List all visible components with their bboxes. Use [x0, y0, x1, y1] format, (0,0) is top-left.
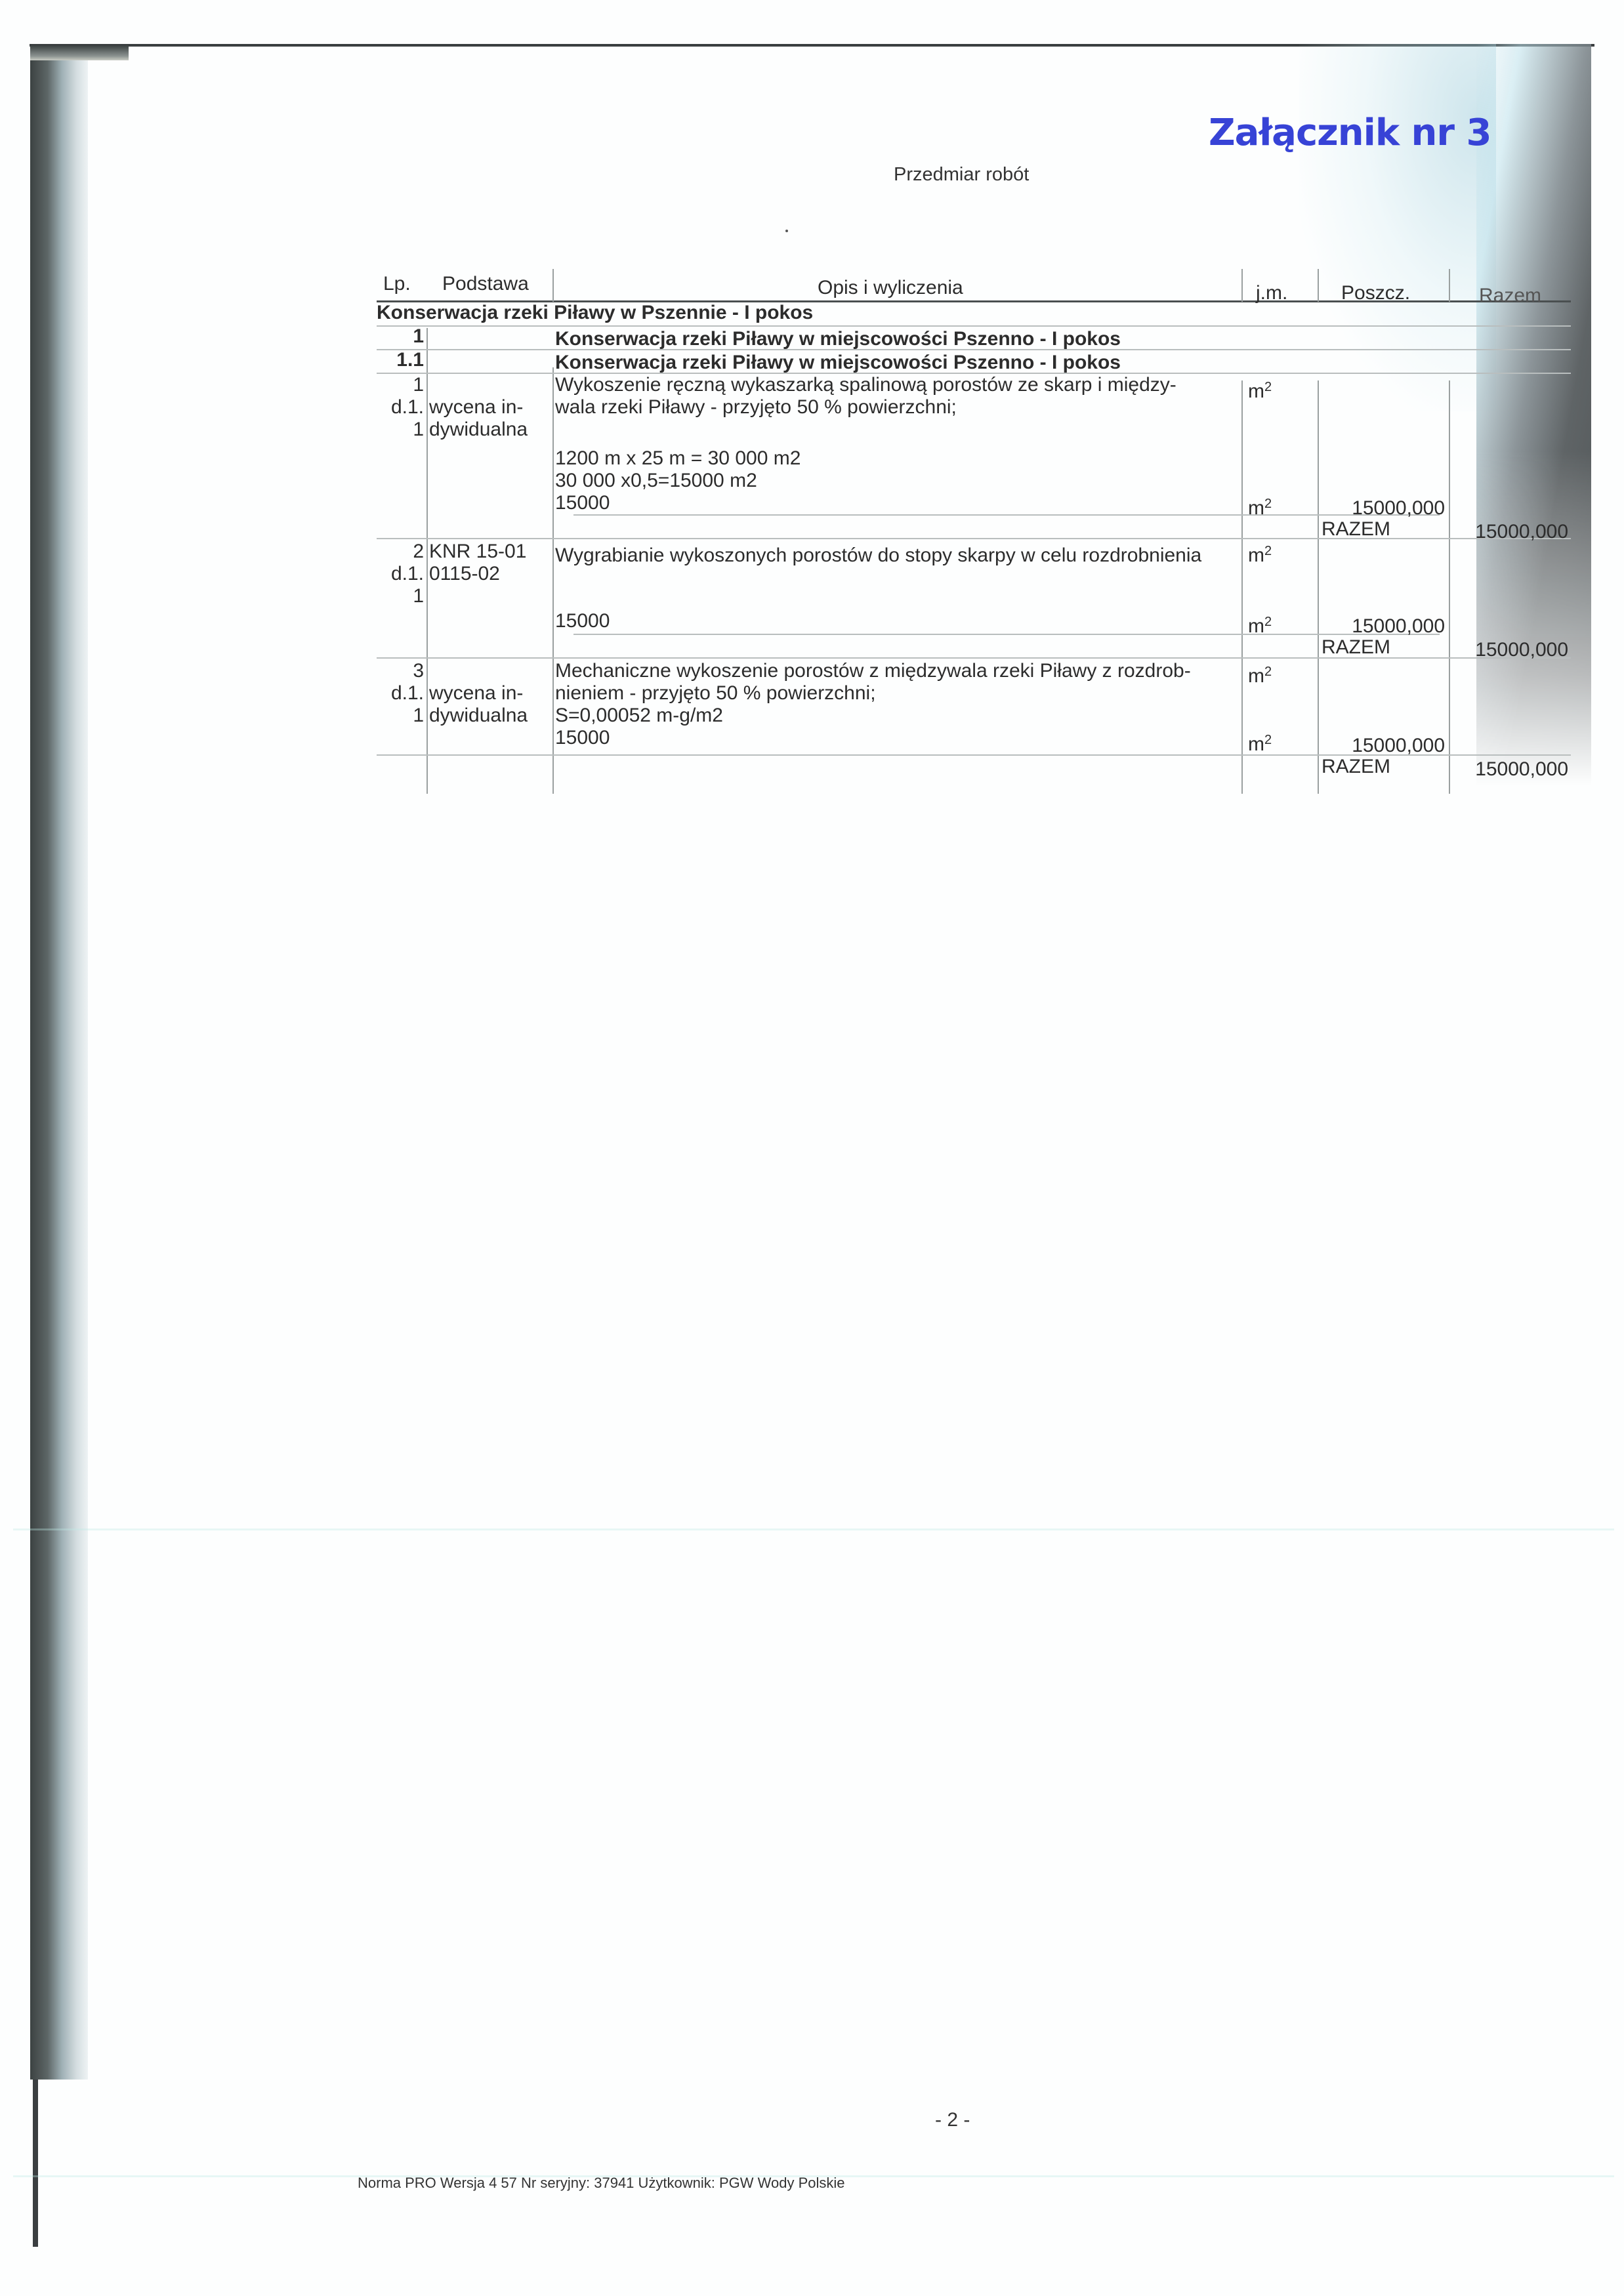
scan-artifact-line [13, 1528, 1614, 1530]
item-basis-line: dywidualna [429, 419, 528, 441]
row-rule [573, 634, 1440, 635]
item-calc-line: 15000 [555, 610, 610, 632]
col-divider [1241, 269, 1243, 302]
scan-left-shadow [30, 46, 88, 2080]
item-calc-line: 15000 [555, 492, 610, 514]
subchapter-number: 1.1 [377, 349, 424, 371]
item-unit: m2 [1248, 665, 1272, 687]
item-lp-line: d.1. [377, 396, 424, 419]
col-divider [1318, 380, 1319, 794]
attachment-label: Załącznik nr 3 [1209, 112, 1491, 154]
item-lp-line: d.1. [377, 682, 424, 705]
item-partial: 15000,000 [1319, 615, 1445, 638]
item-basis-line: wycena in- [429, 396, 523, 419]
page-number: - 2 - [935, 2109, 970, 2131]
item-basis-line: 0115-02 [429, 563, 500, 585]
item-lp-line: 2 [377, 541, 424, 563]
item-partial: 15000,000 [1319, 497, 1445, 520]
item-description-line: Mechaniczne wykoszenie porostów z między… [555, 660, 1191, 682]
row-rule [377, 657, 1571, 659]
col-divider [1241, 380, 1243, 794]
item-lp-line: 1 [377, 705, 424, 727]
col-divider [1449, 380, 1450, 794]
header-partial: Poszcz. [1341, 282, 1410, 304]
item-calc-line: 15000 [555, 727, 610, 749]
scan-right-glare [1299, 44, 1496, 411]
item-total: 15000,000 [1450, 521, 1568, 543]
row-rule [377, 538, 1571, 539]
item-description-line: Wygrabianie wykoszonych porostów do stop… [555, 544, 1201, 567]
scan-speck [785, 230, 788, 232]
header-description: Opis i wyliczenia [818, 277, 963, 299]
subchapter-title: Konserwacja rzeki Piławy w miejscowości … [555, 352, 1121, 374]
item-calc-unit: m2 [1248, 497, 1272, 520]
item-total-label: RAZEM [1322, 636, 1390, 659]
col-divider [552, 367, 554, 794]
item-unit: m2 [1248, 380, 1272, 403]
header-unit: j.m. [1256, 282, 1287, 304]
item-total: 15000,000 [1450, 639, 1568, 661]
item-total-label: RAZEM [1322, 518, 1390, 541]
item-calc-line: S=0,00052 m-g/m2 [555, 705, 723, 727]
item-total: 15000,000 [1450, 758, 1568, 781]
col-divider [552, 269, 554, 302]
item-unit: m2 [1248, 544, 1272, 567]
row-rule [377, 325, 1571, 327]
item-lp-line: d.1. [377, 563, 424, 585]
section-title: Konserwacja rzeki Piławy w Pszennie - I … [377, 302, 813, 324]
col-divider [1449, 269, 1450, 302]
item-calc-line: 30 000 x0,5=15000 m2 [555, 470, 757, 492]
item-basis-line: wycena in- [429, 682, 523, 705]
document-title: Przedmiar robót [894, 164, 1029, 186]
item-basis-line: dywidualna [429, 705, 528, 727]
item-calc-unit: m2 [1248, 615, 1272, 638]
item-partial: 15000,000 [1319, 735, 1445, 757]
scan-left-edge-line [33, 2080, 38, 2247]
item-total-label: RAZEM [1322, 756, 1390, 778]
item-lp-line: 1 [377, 419, 424, 441]
item-calc-line: 1200 m x 25 m = 30 000 m2 [555, 447, 801, 470]
scan-right-shadow [1476, 44, 1591, 785]
item-description-line: wala rzeki Piławy - przyjęto 50 % powier… [555, 396, 957, 419]
header-basis: Podstawa [442, 273, 529, 295]
col-divider [427, 328, 428, 794]
chapter-number: 1 [377, 325, 424, 348]
item-basis-line: KNR 15-01 [429, 541, 526, 563]
chapter-title: Konserwacja rzeki Piławy w miejscowości … [555, 328, 1121, 350]
header-total: Razem [1479, 285, 1541, 307]
row-rule [573, 514, 1440, 516]
item-calc-unit: m2 [1248, 733, 1272, 756]
software-footer: Norma PRO Wersja 4 57 Nr seryjny: 37941 … [358, 2175, 845, 2192]
item-description-line: Wykoszenie ręczną wykaszarką spalinową p… [555, 374, 1176, 396]
item-lp-line: 3 [377, 660, 424, 682]
scan-left-tab [30, 46, 129, 60]
header-lp: Lp. [383, 273, 411, 295]
item-description-line: nieniem - przyjęto 50 % powierzchni; [555, 682, 876, 705]
item-lp-line: 1 [377, 585, 424, 607]
col-divider [1318, 269, 1319, 302]
item-lp-line: 1 [377, 374, 424, 396]
